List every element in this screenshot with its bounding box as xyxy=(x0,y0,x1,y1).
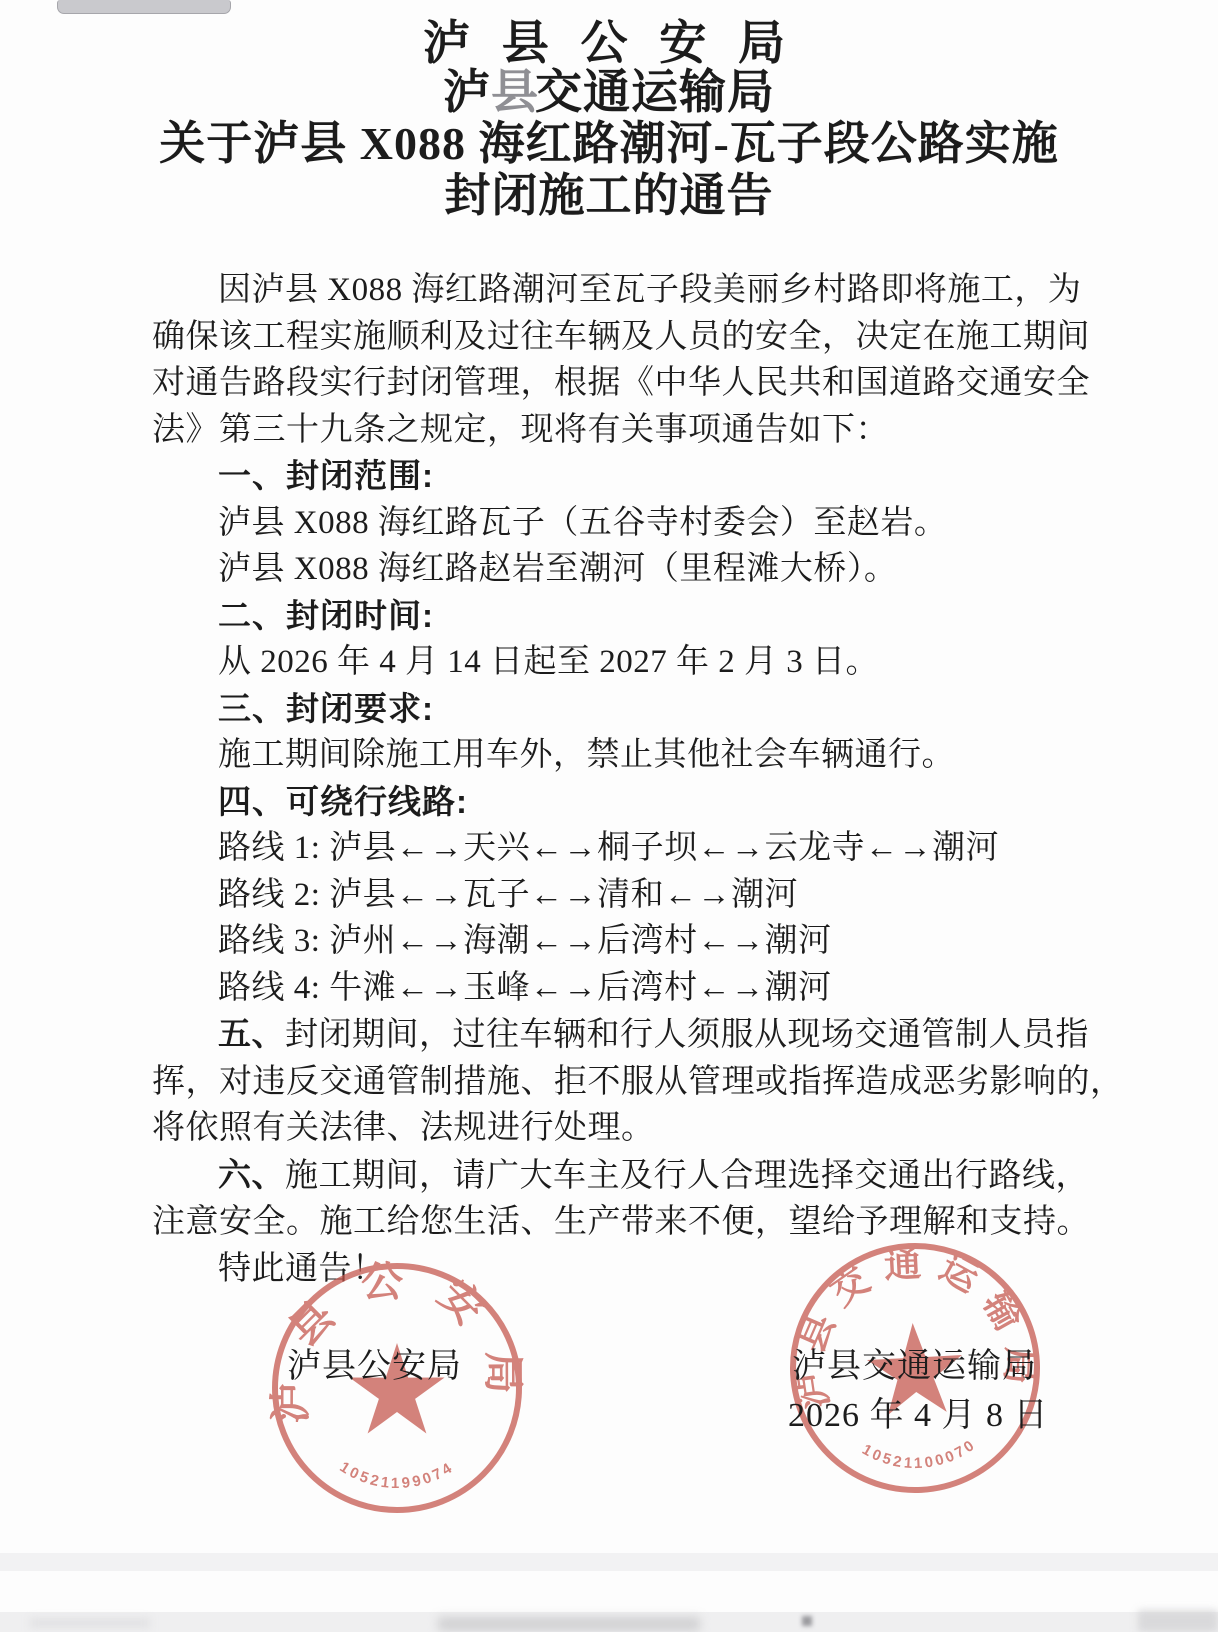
agency2-char-faded: 县 xyxy=(491,67,539,119)
signature-police-bureau: 泸县公安局 xyxy=(287,1338,462,1387)
section6-line: 六、施工期间，请广大车主及行人合理选择交通出行路线， xyxy=(152,1152,1078,1200)
scan-edge-tab-artifact xyxy=(57,0,231,14)
agency-name-transport: 泸县交通运输局 xyxy=(0,69,1218,118)
intro-line: 因泸县 X088 海红路潮河至瓦子段美丽乡村路即将施工，为 xyxy=(152,267,1078,314)
section2-line: 从 2026 年 4 月 14 日起至 2027 年 2 月 3 日。 xyxy=(152,639,1078,686)
detour-route: 路线 3: 泸州←→海潮←→后湾村←→潮河 xyxy=(152,918,1078,965)
section5-line: 挥，对违反交通管制措施、拒不服从管理或指挥造成恶劣影响的， xyxy=(152,1059,1078,1106)
section3-line: 施工期间除施工用车外，禁止其他社会车辆通行。 xyxy=(152,732,1078,779)
section2-heading: 二、封闭时间: xyxy=(152,593,1078,640)
detour-route: 路线 1: 泸县←→天兴←→桐子坝←→云龙寺←→潮河 xyxy=(152,825,1078,872)
section5-text: 封闭期间，过往车辆和行人须服从现场交通管制人员指 xyxy=(285,1017,1089,1053)
intro-line: 对通告路段实行封闭管理，根据《中华人民共和国道路交通安全 xyxy=(152,360,1078,407)
section1-line: 泸县 X088 海红路瓦子（五谷寺村委会）至赵岩。 xyxy=(152,500,1078,547)
section4-heading: 四、可绕行线路: xyxy=(152,779,1078,826)
scan-artifact-smudge xyxy=(30,1618,150,1628)
section1-heading: 一、封闭范围: xyxy=(152,453,1078,500)
notice-title-line2: 封闭施工的通告 xyxy=(0,170,1218,222)
document-header: 泸 县 公 安 局 泸县交通运输局 关于泸县 X088 海红路潮河-瓦子段公路实… xyxy=(0,0,1218,222)
section5-line: 五、封闭期间，过往车辆和行人须服从现场交通管制人员指 xyxy=(152,1011,1078,1059)
scan-artifact-band xyxy=(0,1553,1218,1571)
signature-date: 2026 年 4 月 8 日 xyxy=(788,1387,1049,1436)
agency2-char-pre: 泸 xyxy=(443,67,491,119)
detour-route: 路线 4: 牛滩←→玉峰←→后湾村←→潮河 xyxy=(152,965,1078,1012)
notice-title-line1: 关于泸县 X088 海红路潮河-瓦子段公路实施 xyxy=(0,118,1218,170)
agency-name-police: 泸 县 公 安 局 xyxy=(0,20,1218,69)
section5-line: 将依照有关法律、法规进行处理。 xyxy=(152,1105,1078,1152)
scan-artifact-smudge xyxy=(802,1616,812,1626)
scan-artifact-smudge xyxy=(1138,1610,1218,1632)
section6-marker: 六、 xyxy=(218,1156,285,1193)
section6-text: 施工期间，请广大车主及行人合理选择交通出行路线， xyxy=(285,1158,1089,1194)
signature-transport-bureau: 泸县交通运输局 xyxy=(792,1338,1037,1387)
scan-artifact-band xyxy=(0,1612,1218,1632)
section1-line: 泸县 X088 海红路赵岩至潮河（里程滩大桥）。 xyxy=(152,546,1078,593)
section3-heading: 三、封闭要求: xyxy=(152,686,1078,733)
agency2-chars-rest: 交通运输局 xyxy=(535,67,775,119)
scan-artifact-smudge xyxy=(438,1617,700,1631)
intro-line: 确保该工程实施顺利及过往车辆及人员的安全，决定在施工期间 xyxy=(152,314,1078,361)
notice-body: 因泸县 X088 海红路潮河至瓦子段美丽乡村路即将施工，为 确保该工程实施顺利及… xyxy=(152,267,1078,1292)
intro-line: 法》第三十九条之规定，现将有关事项通告如下： xyxy=(152,407,1078,454)
police-official-seal: 泸县公安局 5105211990746 xyxy=(262,1253,532,1523)
notice-document-page: 泸 县 公 安 局 泸县交通运输局 关于泸县 X088 海红路潮河-瓦子段公路实… xyxy=(0,0,1218,1632)
detour-route: 路线 2: 泸县←→瓦子←→清和←→潮河 xyxy=(152,872,1078,919)
section5-marker: 五、 xyxy=(218,1015,285,1052)
